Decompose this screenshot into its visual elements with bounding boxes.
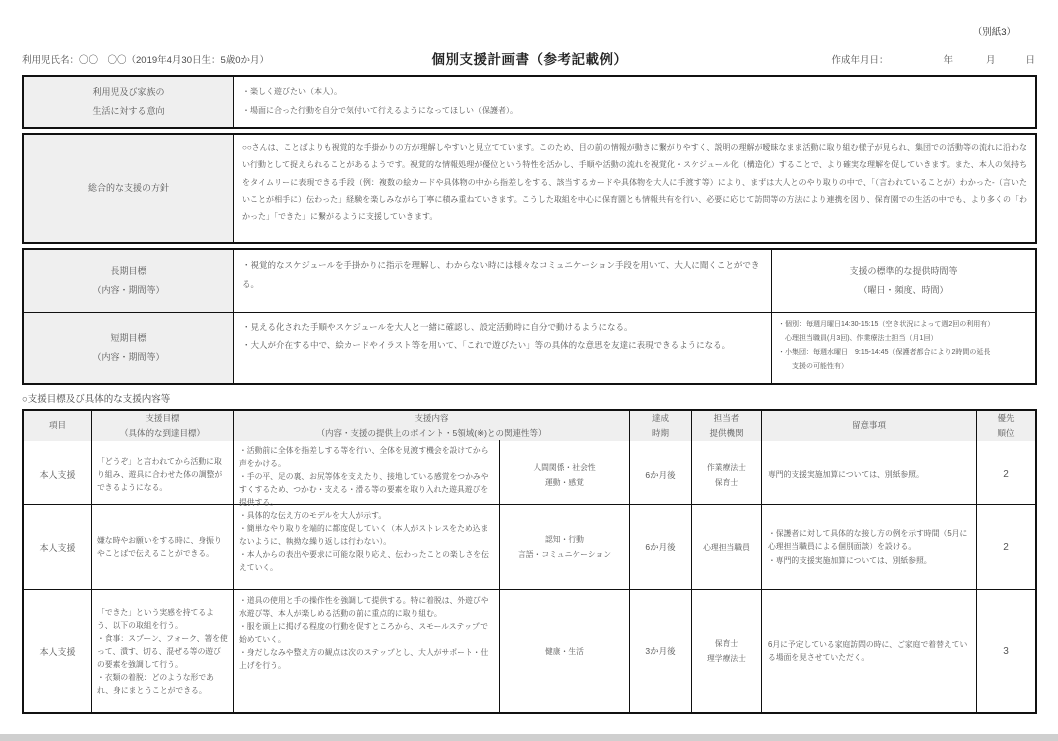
row1-content: ・活動前に全体を指差しする等を行い、全体を見渡す機会を設けてから声をかける。 ・… <box>234 440 500 509</box>
attachment-note: （別紙3） <box>973 24 1016 38</box>
short-term-content: ・見える化された手順やスケジュールを大人と一緒に確認し、設定活動時に自分で動ける… <box>234 313 772 383</box>
year-label: 年 <box>943 52 953 66</box>
document-page: （別紙3） 利用児氏名：〇〇 〇〇（2019年4月30日生：5歳0か月） 個別支… <box>0 0 1058 741</box>
row3-content: ・道具の使用と手の操作性を強調して提供する。特に着脱は、外遊びや水遊び等、本人が… <box>234 590 500 712</box>
row3-period: 3か月後 <box>630 590 692 712</box>
month-label: 月 <box>986 52 996 66</box>
row1-goal: 「どうぞ」と言われてから活動に取り組み、遊具に合わせた体の調整ができるようになる… <box>92 440 234 509</box>
goals-table: 長期目標 （内容・期間等） ・視覚的なスケジュールを手掛かりに指示を理解し、わか… <box>22 248 1037 385</box>
long-term-content: ・視覚的なスケジュールを手掛かりに指示を理解し、わからない時には様々なコミュニケ… <box>234 250 772 313</box>
intent-table: 利用児及び家族の 生活に対する意向 ・楽しく遊びたい（本人）。 ・場面に合った行… <box>22 75 1037 129</box>
page-title: 個別支援計画書（参考記載例） <box>432 48 628 68</box>
row2-goal: 嫌な時やお願いをする時に、身振りやことばで伝えることができる。 <box>92 505 234 589</box>
row3-goal: 「できた」という実感を持てるよう、以下の取組を行う。 ・食事：スプーン、フォーク… <box>92 590 234 712</box>
header-goal: 支援目標 （具体的な到達目標） <box>92 411 234 441</box>
intent-label: 利用児及び家族の 生活に対する意向 <box>24 77 234 127</box>
row1-staff: 作業療法士 保育士 <box>692 440 762 509</box>
row3-notes: 6月に予定している家庭訪問の時に、ご家庭で着替えている場面を見させていただく。 <box>762 590 977 712</box>
row3-domains: 健康・生活 <box>500 590 630 712</box>
row2-domains: 認知・行動 言語・コミュニケーション <box>500 505 630 589</box>
creation-date-label: 作成年月日： <box>831 52 888 66</box>
creation-date: 作成年月日： 年 月 日 <box>831 52 1035 66</box>
row1-priority: 2 <box>977 440 1035 509</box>
row1-period: 6か月後 <box>630 440 692 509</box>
policy-text: ○○さんは、ことばよりも視覚的な手掛かりの方が理解しやすいと見立てています。この… <box>234 135 1035 242</box>
page-bottom-edge <box>0 734 1058 741</box>
support-row-3: 本人支援 「できた」という実感を持てるよう、以下の取組を行う。 ・食事：スプーン… <box>24 590 1035 712</box>
header-staff: 担当者 提供機関 <box>692 411 762 441</box>
header-item: 項目 <box>24 411 92 441</box>
header-content: 支援内容 （内容・支援の提供上のポイント・5領域(※)との関連性等） <box>234 411 630 441</box>
row2-notes: ・保護者に対して具体的な接し方の例を示す時間（5月に心理担当職員による個別面談）… <box>762 505 977 589</box>
row1-item: 本人支援 <box>24 440 92 509</box>
policy-table: 総合的な支援の方針 ○○さんは、ことばよりも視覚的な手掛かりの方が理解しやすいと… <box>22 133 1037 244</box>
schedule-content: ・個別：毎週月曜日14:30-15:15（空き状況によって週2回の利用有） 心理… <box>772 313 1035 383</box>
row3-item: 本人支援 <box>24 590 92 712</box>
row2-priority: 2 <box>977 505 1035 589</box>
header-period: 達成 時期 <box>630 411 692 441</box>
support-row-2: 本人支援 嫌な時やお願いをする時に、身振りやことばで伝えることができる。 ・具体… <box>24 505 1035 590</box>
header-notes: 留意事項 <box>762 411 977 441</box>
row1-notes: 専門的支援実施加算については、別紙参照。 <box>762 440 977 509</box>
document-header: 利用児氏名：〇〇 〇〇（2019年4月30日生：5歳0か月） 個別支援計画書（参… <box>22 48 1037 66</box>
schedule-header: 支援の標準的な提供時間等 （曜日・頻度、時間） <box>772 250 1035 313</box>
row2-staff: 心理担当職員 <box>692 505 762 589</box>
intent-content: ・楽しく遊びたい（本人）。 ・場面に合った行動を自分で気付いて行えるようになって… <box>234 77 1035 127</box>
long-term-label: 長期目標 （内容・期間等） <box>24 250 234 313</box>
row3-staff: 保育士 理学療法士 <box>692 590 762 712</box>
intent-item-guardian: ・場面に合った行動を自分で気付いて行えるようになってほしい（保護者）。 <box>242 101 1027 120</box>
row2-period: 6か月後 <box>630 505 692 589</box>
support-row-1: 本人支援 「どうぞ」と言われてから活動に取り組み、遊具に合わせた体の調整ができる… <box>24 440 1035 505</box>
support-section-heading: ○支援目標及び具体的な支援内容等 <box>22 391 170 405</box>
support-table-header-row: 項目 支援目標 （具体的な到達目標） 支援内容 （内容・支援の提供上のポイント・… <box>24 411 1035 440</box>
row3-priority: 3 <box>977 590 1035 712</box>
day-label: 日 <box>1025 52 1035 66</box>
header-priority: 優先 順位 <box>977 411 1035 441</box>
short-term-label: 短期目標 （内容・期間等） <box>24 313 234 383</box>
intent-item-self: ・楽しく遊びたい（本人）。 <box>242 82 1027 101</box>
row2-item: 本人支援 <box>24 505 92 589</box>
child-name-label: 利用児氏名：〇〇 〇〇（2019年4月30日生：5歳0か月） <box>22 52 269 66</box>
row2-content: ・具体的な伝え方のモデルを大人が示す。 ・簡単なやり取りを端的に都度促していく（… <box>234 505 500 589</box>
policy-label: 総合的な支援の方針 <box>24 135 234 242</box>
support-table: 項目 支援目標 （具体的な到達目標） 支援内容 （内容・支援の提供上のポイント・… <box>22 409 1037 714</box>
row1-domains: 人間関係・社会性 運動・感覚 <box>500 440 630 509</box>
